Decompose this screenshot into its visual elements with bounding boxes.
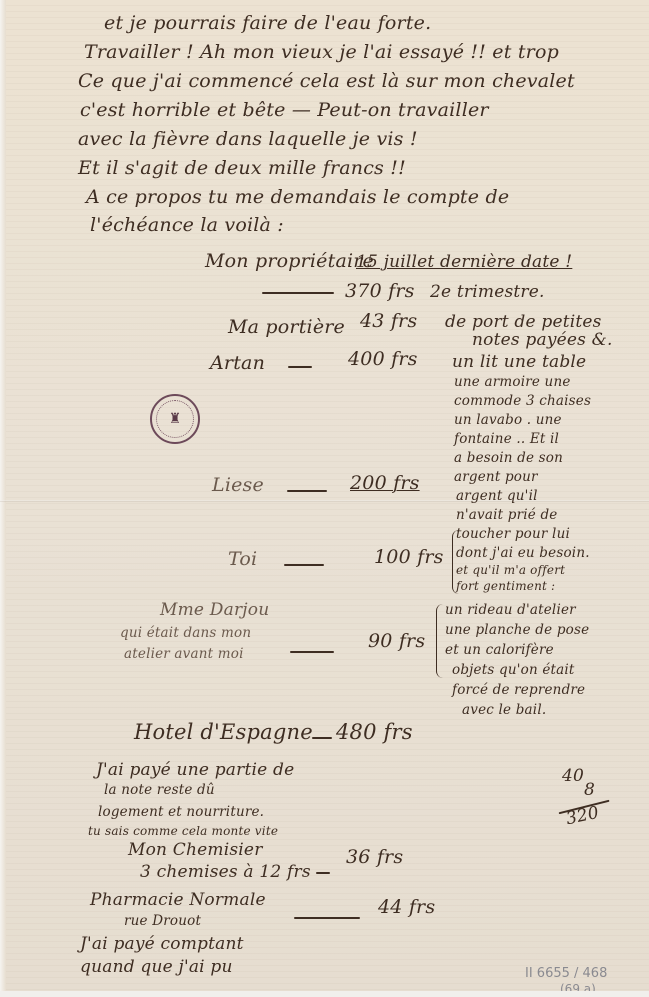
account-amount: 43 frs (360, 310, 417, 332)
account-detail: argent qu'il (456, 488, 538, 504)
opening-line: l'échéance la voilà : (90, 214, 284, 236)
opening-line: A ce propos tu me demandais le compte de (86, 186, 509, 208)
dash-separator (287, 490, 327, 492)
dash-separator (316, 872, 330, 874)
account-creditor: Ma portière (228, 316, 345, 338)
dash-separator (312, 737, 332, 739)
dash-separator (294, 917, 360, 919)
library-stamp: ♜ (150, 394, 200, 444)
account-amount: 36 frs (346, 846, 403, 868)
account-creditor: Mon propriétaire (205, 250, 374, 272)
account-creditor: Mon Chemisier (128, 840, 263, 860)
account-detail: une armoire une (454, 374, 571, 390)
account-detail: J'ai payé une partie de (96, 760, 294, 780)
account-detail: la note reste dû (104, 782, 215, 798)
opening-line: et je pourrais faire de l'eau forte. (104, 12, 431, 34)
account-amount: 44 frs (378, 896, 435, 918)
margin-calc-result: 320 (564, 803, 600, 829)
dash-separator (284, 564, 324, 566)
account-amount: 200 frs (350, 472, 420, 494)
letter-page: et je pourrais faire de l'eau forte. Tra… (0, 0, 649, 997)
dash-separator (290, 651, 334, 653)
account-creditor: qui était dans mon (120, 625, 251, 641)
account-detail: un lit une table (452, 352, 586, 372)
account-detail: avec le bail. (462, 702, 546, 718)
bracket (452, 530, 459, 594)
archive-reference: II 6655 / 468 (525, 966, 607, 981)
opening-line: Travailler ! Ah mon vieux je l'ai essayé… (84, 41, 559, 63)
account-detail: tu sais comme cela monte vite (88, 824, 278, 838)
account-detail: J'ai payé comptant (80, 934, 244, 954)
account-detail: un rideau d'atelier (445, 602, 576, 618)
account-detail: un lavabo . une (454, 412, 562, 428)
margin-calc-top: 40 (562, 766, 584, 786)
account-detail: toucher pour lui (456, 526, 570, 542)
paper-edge (0, 991, 649, 997)
account-detail: fontaine .. Et il (454, 431, 559, 447)
account-amount: 100 frs (374, 546, 444, 568)
account-detail: logement et nourriture. (98, 804, 264, 820)
account-detail: commode 3 chaises (454, 393, 591, 409)
account-creditor: Toi (228, 548, 257, 570)
margin-calc-multiplier: 8 (584, 780, 595, 800)
account-creditor: Pharmacie Normale (90, 890, 266, 910)
account-creditor: Artan (210, 352, 265, 374)
account-creditor: 3 chemises à 12 frs (140, 862, 311, 882)
account-detail: et qu'il m'a offert (456, 563, 565, 577)
account-detail: et un calorifère (445, 642, 554, 658)
fold-crease (0, 500, 649, 502)
dash-separator (288, 366, 312, 368)
opening-line: Ce que j'ai commencé cela est là sur mon… (78, 70, 575, 92)
account-detail: 2e trimestre. (430, 282, 545, 302)
account-detail: n'avait prié de (456, 507, 558, 523)
opening-line: Et il s'agit de deux mille francs !! (78, 157, 406, 179)
account-amount: 400 frs (348, 348, 418, 370)
account-detail: dont j'ai eu besoin. (456, 545, 590, 561)
account-detail: une planche de pose (445, 622, 589, 638)
account-creditor: Mme Darjou (160, 600, 269, 620)
bracket (436, 604, 443, 678)
account-detail: quand que j'ai pu (80, 957, 233, 977)
account-creditor: rue Drouot (124, 913, 201, 929)
account-detail: notes payées &. (472, 330, 613, 350)
account-creditor: Liese (212, 474, 264, 496)
account-detail: fort gentiment : (456, 579, 555, 593)
account-detail: forcé de reprendre (452, 682, 585, 698)
dash-separator (262, 292, 334, 294)
account-detail: argent pour (454, 469, 538, 485)
account-amount: 480 frs (336, 720, 413, 744)
opening-line: avec la fièvre dans laquelle je vis ! (78, 128, 418, 150)
paper-edge (0, 0, 6, 997)
account-amount: 370 frs (345, 280, 415, 302)
account-detail: a besoin de son (454, 450, 563, 466)
opening-line: c'est horrible et bête — Peut-on travail… (80, 99, 489, 121)
account-creditor: atelier avant moi (124, 646, 244, 662)
account-amount: 90 frs (368, 630, 425, 652)
account-creditor: Hotel d'Espagne (134, 720, 313, 744)
account-detail: de port de petites (445, 312, 602, 332)
lion-emblem-icon: ♜ (156, 400, 194, 438)
account-note: 15 juillet dernière date ! (356, 252, 572, 272)
account-detail: objets qu'on était (452, 662, 575, 678)
